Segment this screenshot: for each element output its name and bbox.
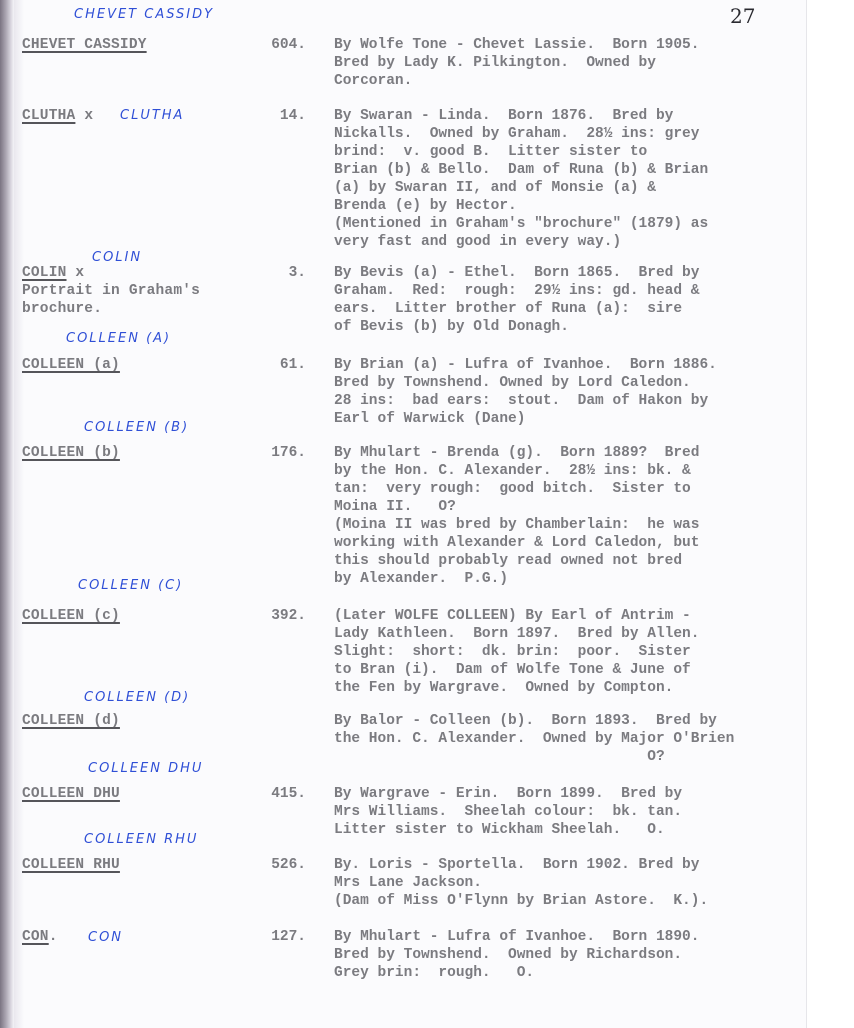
entry-name-note: Portrait in Graham's brochure.	[22, 282, 200, 318]
entry-name-mark: x	[67, 265, 85, 281]
entry-name-text: COLLEEN (c)	[22, 608, 120, 624]
entry-name-text: CON	[22, 929, 49, 945]
entry-name: COLLEEN (a)	[22, 356, 120, 374]
entry-description: By Brian (a) - Lufra of Ivanhoe. Born 18…	[334, 356, 796, 428]
handwritten-annotation: COLIN	[92, 250, 142, 265]
entry-name-text: COLLEEN DHU	[22, 786, 120, 802]
entry-name: CON.	[22, 928, 58, 946]
entry-name-mark: x	[75, 108, 93, 124]
entry-name: COLLEEN (d)	[22, 712, 120, 730]
entry-description: By Wargrave - Erin. Born 1899. Bred by M…	[334, 785, 796, 839]
entry-number: 176.	[271, 444, 306, 462]
entry-number: 3.	[289, 264, 306, 282]
entry-name-text: COLLEEN (b)	[22, 445, 120, 461]
entry-name: COLIN xPortrait in Graham's brochure.	[22, 264, 200, 318]
entry-description: (Later WOLFE COLLEEN) By Earl of Antrim …	[334, 607, 796, 697]
entry-name-text: CHEVET CASSIDY	[22, 37, 147, 53]
entry-name: COLLEEN (c)	[22, 607, 120, 625]
entry-description: By Wolfe Tone - Chevet Lassie. Born 1905…	[334, 36, 796, 90]
entry-name: COLLEEN DHU	[22, 785, 120, 803]
entry-description: By Swaran - Linda. Born 1876. Bred by Ni…	[334, 107, 796, 251]
entry-number: 526.	[271, 856, 306, 874]
entry-description: By Balor - Colleen (b). Born 1893. Bred …	[334, 712, 804, 766]
handwritten-annotation: CON	[88, 930, 123, 945]
entry-number: 14.	[280, 107, 306, 125]
entry-name: CHEVET CASSIDY	[22, 36, 147, 54]
entry-description: By Mhulart - Lufra of Ivanhoe. Born 1890…	[334, 928, 796, 982]
handwritten-annotation: COLLEEN (C)	[78, 578, 183, 593]
entry-name-text: COLLEEN (a)	[22, 357, 120, 373]
entry-name-text: COLLEEN RHU	[22, 857, 120, 873]
handwritten-annotation: COLLEEN (B)	[84, 420, 189, 435]
entry-description: By. Loris - Sportella. Born 1902. Bred b…	[334, 856, 796, 910]
entry-number: 415.	[271, 785, 306, 803]
scan-margin	[807, 0, 854, 1028]
entry-number: 604.	[271, 36, 306, 54]
entry-number: 127.	[271, 928, 306, 946]
handwritten-annotation: COLLEEN (A)	[66, 331, 171, 346]
book-binding-shadow	[0, 0, 14, 1028]
entry-number: 392.	[271, 607, 306, 625]
entry-name-text: COLLEEN (d)	[22, 713, 120, 729]
page-number: 27	[730, 4, 755, 28]
handwritten-annotation: COLLEEN (D)	[84, 690, 190, 705]
handwritten-annotation: COLLEEN DHU	[88, 761, 203, 776]
entry-number: 61.	[280, 356, 306, 374]
entry-description: By Bevis (a) - Ethel. Born 1865. Bred by…	[334, 264, 796, 336]
handwritten-annotation: CLUTHA	[120, 108, 184, 123]
handwritten-annotation: COLLEEN RHU	[84, 832, 198, 847]
entry-name-mark: .	[49, 929, 58, 945]
entry-description: By Mhulart - Brenda (g). Born 1889? Bred…	[334, 444, 796, 588]
entry-name-text: CLUTHA	[22, 108, 75, 124]
entry-name: COLLEEN RHU	[22, 856, 120, 874]
handwritten-annotation: CHEVET CASSIDY	[74, 7, 214, 22]
entry-name-text: COLIN	[22, 265, 67, 281]
entry-name: CLUTHA x	[22, 107, 93, 125]
entry-name: COLLEEN (b)	[22, 444, 120, 462]
